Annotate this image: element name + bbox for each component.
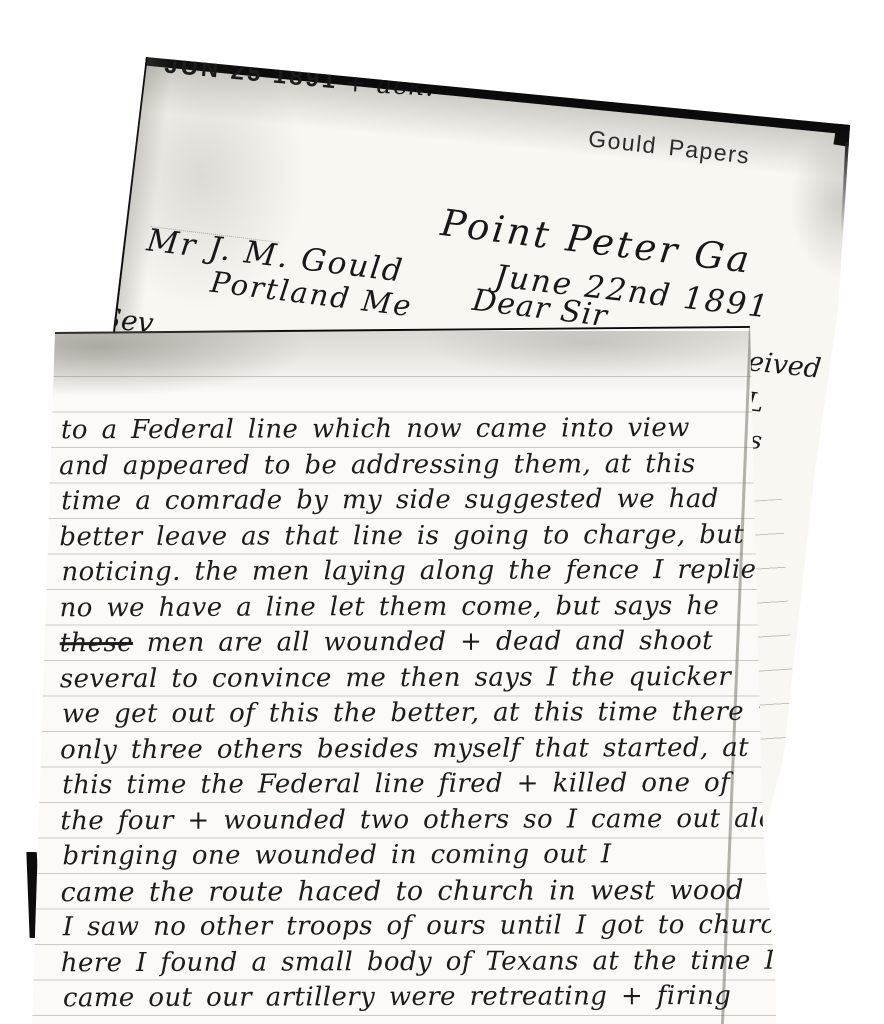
handwritten-line: to a Federal line which now came into vi… [61,411,775,449]
handwritten-line: better leave as that line is going to ch… [59,517,775,555]
handwritten-line: the four + wounded two others so I came … [60,801,776,839]
corner-shadow [790,128,884,278]
handwritten-line: bringing one wounded in coming out I [62,837,776,875]
handwritten-line: here I found a small body of Texans at t… [61,943,777,981]
handwritten-line: this time the Federal line fired + kille… [62,766,776,804]
edge-partial-word: s [821,433,836,462]
handwritten-line: came out our artillery were retreating +… [63,979,777,1017]
handwritten-line: no we have a line let them come, but say… [60,588,776,626]
handwritten-line: I saw no other troops of ours until I go… [63,908,777,946]
scanned-letter-document: JUN 25 1891+ ack. Gould Papers Mr J. M. … [0,0,884,1024]
stamp-annotation: + ack. [344,68,436,103]
handwritten-line: only three others besides myself that st… [60,730,776,768]
handwritten-line: we get out of this the better, at this t… [62,695,776,733]
edge-partial-word: eived [747,346,823,384]
front-page: to a Federal line which now came into vi… [28,320,776,1024]
struck-word: these [60,628,133,658]
handwritten-line: came the route haced to church in west w… [61,872,777,910]
letter-body: to a Federal line which now came into vi… [59,411,777,1017]
handwritten-line: time a comrade by my side suggested we h… [61,482,775,520]
handwritten-line: and appeared to be addressing them, at t… [59,446,775,484]
handwritten-line: noticing. the men laying along the fence… [61,553,775,591]
handwritten-line: several to convince me then says I the q… [60,659,776,697]
handwritten-line: these men are all wounded + dead and sho… [60,624,776,662]
